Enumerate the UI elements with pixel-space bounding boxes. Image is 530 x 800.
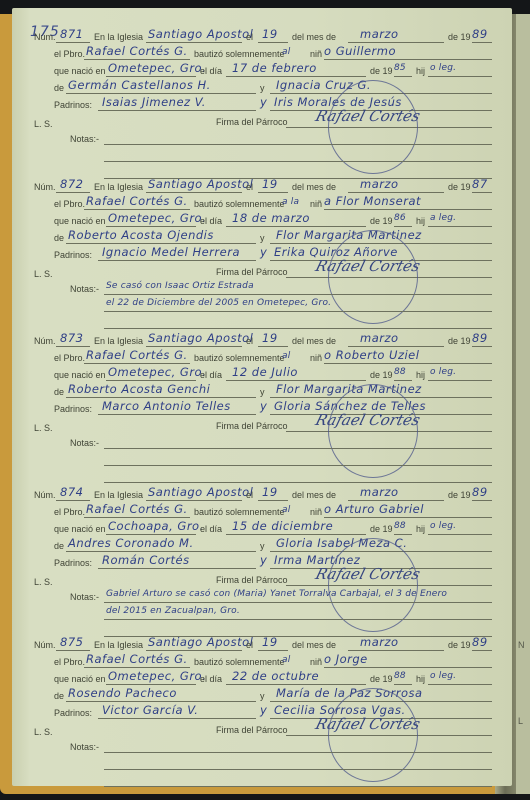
legitimacy: o leg. [430,521,456,531]
adjacent-page-edge [516,14,530,794]
birthplace: Cochoapa, Gro. [108,519,204,533]
num-label: Núm. [34,490,56,500]
church-name: Santiago Apostol [148,27,253,41]
birthplace: Ometepec, Gro. [108,211,206,225]
priest-label: el Pbro. [54,353,85,363]
record-number: 875 [60,635,83,649]
father-name: Germán Castellanos H. [68,78,211,92]
child-of-label: hij [416,524,425,534]
notes-label: Notas:- [70,592,99,602]
day-label: el día [200,370,222,380]
and-label: y [260,387,265,397]
birth-year-prefix: de 19 [370,674,393,684]
notes-label: Notas:- [70,284,99,294]
and-handwritten: y [260,399,267,413]
born-in-label: que nació en [54,216,106,226]
signature-label: Firma del Párroco [216,575,288,585]
child-name: o Roberto Uziel [324,348,419,362]
church-label: En la Iglesia [94,182,143,192]
birth-date: 18 de marzo [232,211,310,225]
record-number: 874 [60,485,83,499]
child-label: niñ [310,199,322,209]
child-label: niñ [310,507,322,517]
godfather-name: Victor García V. [102,703,198,717]
day-label: el día [200,66,222,76]
of-label: de [54,541,64,551]
baptism-month: marzo [360,485,399,499]
child-name: o Jorge [324,652,368,666]
father-name: Roberto Acosta Genchi [68,382,210,396]
godfather-name: Román Cortés [102,553,190,567]
adjacent-page-mark: N [518,640,525,650]
year-prefix-label: de 19 [448,640,471,650]
church-label: En la Iglesia [94,336,143,346]
church-label: En la Iglesia [94,32,143,42]
of-label: de [54,691,64,701]
baptism-record: Núm. 875 En la Iglesia Santiago Apostol … [12,636,512,776]
baptism-day: 19 [262,485,278,499]
baptism-record: Núm. 871 En la Iglesia Santiago Apostol … [12,28,512,168]
child-of-label: hij [416,66,425,76]
and-handwritten: y [260,553,267,567]
baptism-day: 19 [262,177,278,191]
month-label: del mes de [292,490,336,500]
num-label: Núm. [34,640,56,650]
priest-name: Rafael Cortés G. [86,194,188,208]
birth-year: 88 [394,367,406,377]
baptism-record: Núm. 872 En la Iglesia Santiago Apostol … [12,178,512,318]
baptism-record: Núm. 873 En la Iglesia Santiago Apostol … [12,332,512,472]
year-prefix-label: de 19 [448,336,471,346]
notes-blank-line [104,468,492,483]
ls-label: L. S. [34,119,53,129]
child-of-label: hij [416,216,425,226]
priest-label: el Pbro. [54,507,85,517]
signature-label: Firma del Párroco [216,725,288,735]
ls-label: L. S. [34,577,53,587]
and-label: y [260,233,265,243]
legitimacy: o leg. [430,671,456,681]
and-handwritten: y [260,703,267,717]
birth-year: 86 [394,213,406,223]
child-name: a Flor Monserat [324,194,421,208]
child-label: niñ [310,657,322,667]
and-handwritten: y [260,245,267,259]
el-label: el [246,490,253,500]
godfather-name: Ignacio Medel Herrera [102,245,240,259]
baptism-day: 19 [262,27,278,41]
birthplace: Ometepec, Gro. [108,365,206,379]
church-label: En la Iglesia [94,640,143,650]
register-page: 175 Núm. 871 En la Iglesia Santiago Apos… [12,8,512,786]
article: al [282,505,290,515]
notes-label: Notas:- [70,438,99,448]
child-name: o Guillermo [324,44,396,58]
father-name: Andres Coronado M. [68,536,194,550]
notes-line-2: el 22 de Diciembre del 2005 en Ometepec,… [106,298,331,308]
notes-line-1: Gabriel Arturo se casó con (Maria) Yanet… [106,589,447,599]
father-name: Roberto Acosta Ojendis [68,228,214,242]
baptism-year: 89 [472,331,488,345]
child-label: niñ [310,49,322,59]
church-name: Santiago Apostol [148,177,253,191]
el-label: el [246,32,253,42]
notes-blank-line [104,314,492,329]
notes-label: Notas:- [70,134,99,144]
signature-label: Firma del Párroco [216,117,288,127]
baptism-record: Núm. 874 En la Iglesia Santiago Apostol … [12,486,512,626]
notes-label: Notas:- [70,742,99,752]
month-label: del mes de [292,640,336,650]
of-label: de [54,233,64,243]
born-in-label: que nació en [54,674,106,684]
and-label: y [260,691,265,701]
birth-date: 12 de Julio [232,365,298,379]
el-label: el [246,182,253,192]
record-number: 872 [60,177,83,191]
birth-year-prefix: de 19 [370,370,393,380]
child-name: o Arturo Gabriel [324,502,424,516]
born-in-label: que nació en [54,524,106,534]
article: al [282,47,290,57]
priest-label: el Pbro. [54,49,85,59]
legitimacy: o leg. [430,367,456,377]
birth-date: 15 de diciembre [232,519,333,533]
el-label: el [246,336,253,346]
birth-year-prefix: de 19 [370,216,393,226]
baptized-label: bautizó solemnemente [194,199,285,209]
baptism-day: 19 [262,635,278,649]
day-label: el día [200,216,222,226]
church-label: En la Iglesia [94,490,143,500]
notes-line-2: del 2015 en Zacualpan, Gro. [106,606,240,616]
church-name: Santiago Apostol [148,485,253,499]
signature-label: Firma del Párroco [216,421,288,431]
record-number: 871 [60,27,83,41]
and-label: y [260,83,265,93]
baptism-month: marzo [360,27,399,41]
baptism-month: marzo [360,331,399,345]
birth-year-prefix: de 19 [370,524,393,534]
baptism-year: 87 [472,177,488,191]
birth-date: 22 de octubre [232,669,319,683]
godparents-label: Padrinos: [54,558,92,568]
ls-label: L. S. [34,727,53,737]
and-handwritten: y [260,95,267,109]
day-label: el día [200,524,222,534]
birth-date: 17 de febrero [232,61,317,75]
baptism-day: 19 [262,331,278,345]
baptized-label: bautizó solemnemente [194,657,285,667]
num-label: Núm. [34,32,56,42]
article: al [282,655,290,665]
priest-label: el Pbro. [54,199,85,209]
ls-label: L. S. [34,423,53,433]
born-in-label: que nació en [54,66,106,76]
notes-line-1: Se casó con Isaac Ortiz Estrada [106,281,254,291]
num-label: Núm. [34,182,56,192]
birth-year: 88 [394,671,406,681]
baptism-year: 89 [472,27,488,41]
el-label: el [246,640,253,650]
godparents-label: Padrinos: [54,708,92,718]
baptism-year: 89 [472,635,488,649]
baptized-label: bautizó solemnemente [194,353,285,363]
priest-name: Rafael Cortés G. [86,44,188,58]
baptism-month: marzo [360,635,399,649]
child-label: niñ [310,353,322,363]
baptism-month: marzo [360,177,399,191]
legitimacy: a leg. [430,213,456,223]
month-label: del mes de [292,336,336,346]
godparents-label: Padrinos: [54,250,92,260]
of-label: de [54,83,64,93]
priest-name: Rafael Cortés G. [86,348,188,362]
godparents-label: Padrinos: [54,100,92,110]
legitimacy: o leg. [430,63,456,73]
priest-label: el Pbro. [54,657,85,667]
signature-label: Firma del Párroco [216,267,288,277]
priest-name: Rafael Cortés G. [86,502,188,516]
baptism-year: 89 [472,485,488,499]
godfather-name: Isaias Jimenez V. [102,95,206,109]
day-label: el día [200,674,222,684]
church-name: Santiago Apostol [148,635,253,649]
year-prefix-label: de 19 [448,32,471,42]
notes-blank-line [104,772,492,787]
of-label: de [54,387,64,397]
month-label: del mes de [292,182,336,192]
and-label: y [260,541,265,551]
baptized-label: bautizó solemnemente [194,507,285,517]
year-prefix-label: de 19 [448,182,471,192]
godparents-label: Padrinos: [54,404,92,414]
record-number: 873 [60,331,83,345]
godfather-name: Marco Antonio Telles [102,399,231,413]
adjacent-page-mark: L [518,716,523,726]
birth-year-prefix: de 19 [370,66,393,76]
ls-label: L. S. [34,269,53,279]
priest-name: Rafael Cortés G. [86,652,188,666]
birthplace: Ometepec, Gro. [108,61,206,75]
born-in-label: que nació en [54,370,106,380]
num-label: Núm. [34,336,56,346]
child-of-label: hij [416,674,425,684]
year-prefix-label: de 19 [448,490,471,500]
birth-year: 85 [394,63,406,73]
child-of-label: hij [416,370,425,380]
birthplace: Ometepec, Gro. [108,669,206,683]
father-name: Rosendo Pacheco [68,686,177,700]
church-name: Santiago Apostol [148,331,253,345]
birth-year: 88 [394,521,406,531]
article: al [282,351,290,361]
month-label: del mes de [292,32,336,42]
article: a la [282,197,299,207]
baptized-label: bautizó solemnemente [194,49,285,59]
